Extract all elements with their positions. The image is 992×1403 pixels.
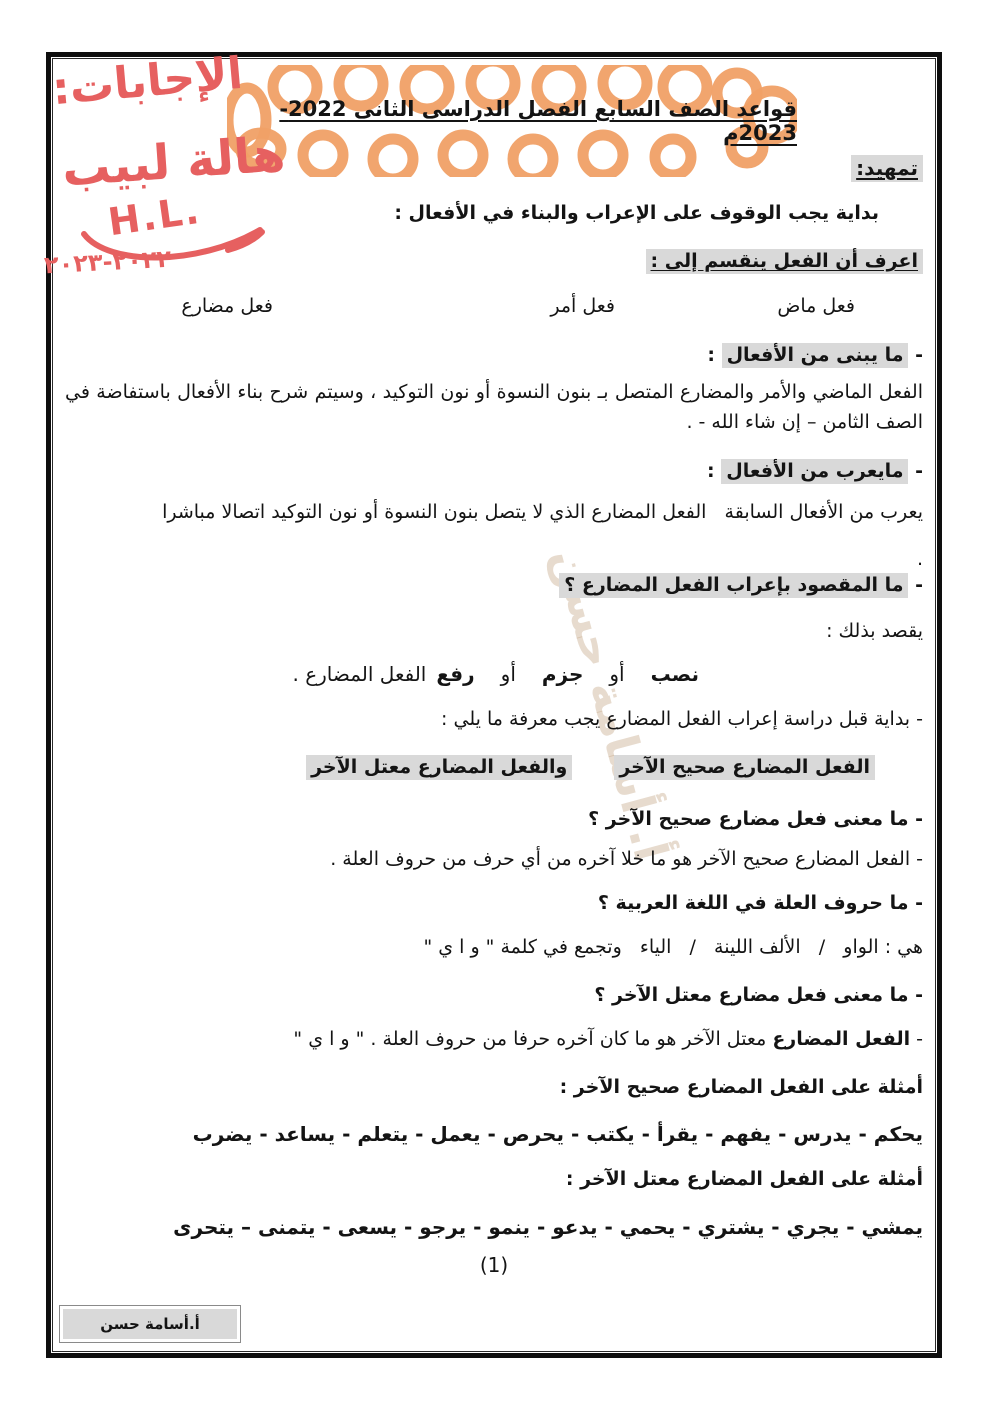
examples-mutal-list: يمشي - يجري - يشتري - يحمي - يدعو - ينمو… — [65, 1212, 923, 1242]
answer-mutal: - الفعل المضارع معتل الآخر هو ما كان آخر… — [65, 1025, 923, 1054]
yuqsad-line: يقصد بذلك : — [65, 617, 923, 646]
built-verbs-heading: - ما يبنى من الأفعال : — [65, 341, 923, 370]
teacher-name-box: أ.أسامة حسن — [59, 1305, 241, 1343]
kind-mutal-label: والفعل المضارع معتل الآخر — [306, 755, 572, 780]
nasb-jazm-raf-line: نصبأوجزمأورفعالفعل المضارع . — [65, 659, 699, 689]
kind-sahih-label: الفعل المضارع صحيح الآخر — [614, 755, 875, 780]
verb-type-past: فعل ماض — [777, 295, 855, 317]
verb-types-row: فعل ماض فعل أمر فعل مضارع — [65, 295, 923, 325]
answer-sahih: - الفعل المضارع صحيح الآخر هو ما خلا آخر… — [65, 845, 923, 874]
verb-type-imperative: فعل أمر — [550, 295, 615, 317]
page-number: (1) — [65, 1253, 923, 1277]
declined-verbs-body: يعرب من الأفعال السابقة الفعل المضارع ال… — [65, 497, 923, 527]
examples-sahih-list: يحكم - يدرس - يفهم - يقرأ - يكتب - يحرص … — [65, 1119, 923, 1149]
declined-verbs-heading: - مايعرب من الأفعال : — [65, 457, 923, 486]
declined-verbs-body-period: . — [65, 545, 923, 574]
scanned-worksheet-page: { "colors":{ "cloud_orange":"#f0a066", "… — [0, 0, 992, 1403]
word-jazm: جزم — [542, 662, 584, 686]
question-sahih: - ما معنى فعل مضارع صحيح الآخر ؟ — [65, 805, 923, 834]
answer-illa-letters: هي : الواو / الألف اللينة / الياء وتجمع … — [65, 933, 923, 962]
present-verb-kinds-line: الفعل المضارع صحيح الآخروالفعل المضارع م… — [65, 753, 875, 782]
verb-type-present: فعل مضارع — [181, 295, 273, 317]
examples-mutal-heading: أمثلة على الفعل المضارع معتل الآخر : — [65, 1165, 923, 1194]
built-verbs-body: الفعل الماضي والأمر والمضارع المتصل بـ ب… — [65, 377, 923, 438]
examples-sahih-heading: أمثلة على الفعل المضارع صحيح الآخر : — [65, 1073, 923, 1102]
teacher-name: أ.أسامة حسن — [63, 1309, 237, 1339]
word-nasb: نصب — [651, 662, 699, 686]
word-raf: رفع — [436, 662, 474, 686]
question-illa-letters: - ما حروف العلة في اللغة العربية ؟ — [65, 889, 923, 918]
bidaya-line: - بداية قبل دراسة إعراب الفعل المضارع يج… — [65, 705, 923, 734]
question-mutal: - ما معنى فعل مضارع معتل الآخر ؟ — [65, 981, 923, 1010]
iaarab-question-heading: - ما المقصود بإعراب الفعل المضارع ؟ — [65, 571, 923, 600]
